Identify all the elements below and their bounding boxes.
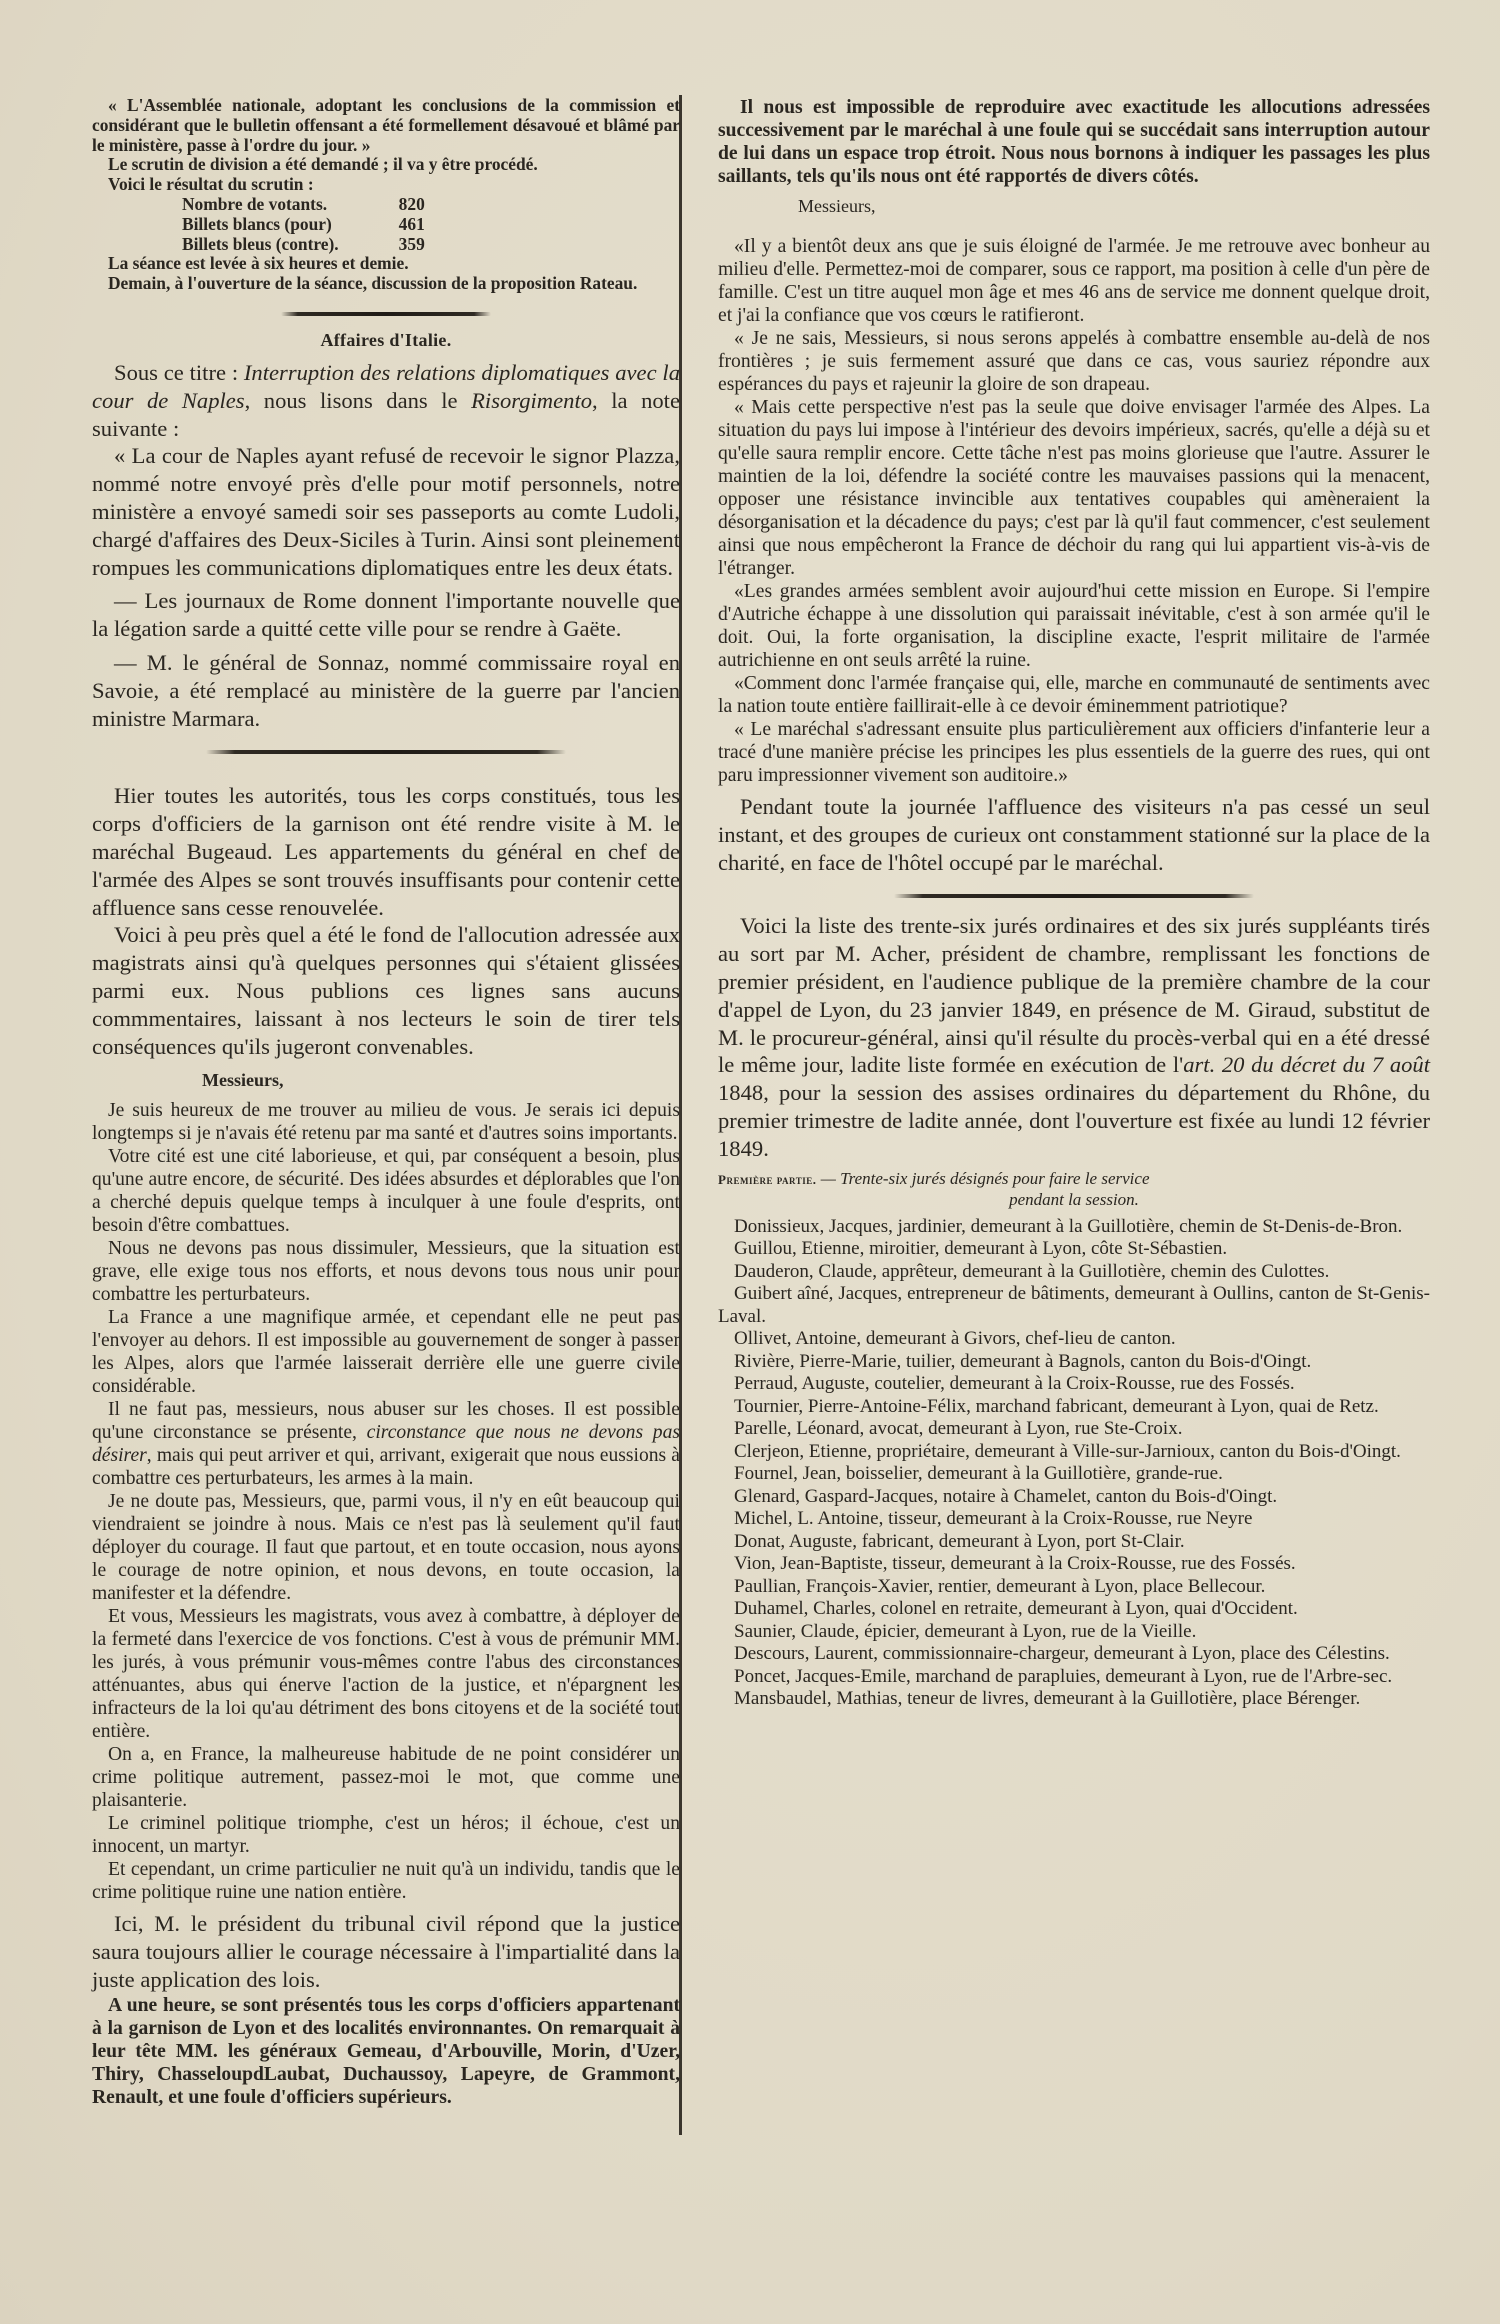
part-title-2: pendant la session. [718,1190,1430,1210]
army-speech-paragraph: « Je ne sais, Messieurs, si nous serons … [718,327,1430,396]
juror-entry: Mansbaudel, Mathias, teneur de livres, d… [718,1688,1430,1711]
jury-section: Voici la liste des trente-six jurés ordi… [718,912,1430,1710]
juror-entry: Guibert aîné, Jacques, entrepreneur de b… [718,1283,1430,1328]
juror-entry: Rivière, Pierre-Marie, tuilier, demeuran… [718,1351,1430,1374]
juror-entry: Fournel, Jean, boisselier, demeurant à l… [718,1463,1430,1486]
salutation: Messieurs, [798,196,1430,217]
jury-intro-post: 1848, pour la session des assises ordina… [718,1080,1430,1161]
juror-entry: Guillou, Etienne, miroitier, demeurant à… [718,1238,1430,1261]
result-intro: Voici le résultat du scrutin : [92,175,680,195]
intro-paper: Risorgimento [471,388,592,413]
section-rule [206,750,566,754]
speech-paragraph: On a, en France, la malheureuse habitude… [92,1743,680,1812]
vote-row: Billets blancs (pour) 461 [182,215,425,235]
left-column: « L'Assemblée nationale, adoptant les co… [92,96,680,2109]
naples-note: « La cour de Naples ayant refusé de rece… [92,442,680,581]
vote-row: Nombre de votants. 820 [182,195,425,215]
assembly-resolution: « L'Assemblée nationale, adoptant les co… [92,96,680,155]
president-reply: Ici, M. le président du tribunal civil r… [92,1910,680,1993]
sonnaz-note: — M. le général de Sonnaz, nommé commiss… [92,649,680,732]
juror-entry: Duhamel, Charles, colonel en retraite, d… [718,1598,1430,1621]
speech-paragraph: Le criminel politique triomphe, c'est un… [92,1812,680,1858]
part-heading: Première partie. — Trente-six jurés dési… [718,1169,1430,1210]
part-title: — Trente-six jurés désignés pour faire l… [821,1169,1150,1188]
juror-entry: Parelle, Léonard, avocat, demeurant à Ly… [718,1418,1430,1441]
juror-entry: Donissieux, Jacques, jardinier, demeuran… [718,1216,1430,1239]
italy-section: Affaires d'Italie. Sous ce titre : Inter… [92,330,680,732]
army-speech-paragraph: « Mais cette perspective n'est pas la se… [718,396,1430,580]
juror-entry: Tournier, Pierre-Antoine-Félix, marchand… [718,1396,1430,1419]
vote-label: Nombre de votants. [182,195,339,215]
adjourn-note: La séance est levée à six heures et demi… [92,254,680,274]
juror-entry: Dauderon, Claude, apprêteur, demeurant à… [718,1261,1430,1284]
italy-heading: Affaires d'Italie. [92,330,680,351]
juror-entry: Vion, Jean-Baptiste, tisseur, demeurant … [718,1553,1430,1576]
speech-paragraph: Et cependant, un crime particulier ne nu… [92,1858,680,1904]
vote-value: 461 [339,215,425,235]
newspaper-page: « L'Assemblée nationale, adoptant les co… [0,0,1500,2324]
vote-value: 359 [339,235,425,255]
speech-paragraph: Nous ne devons pas nous dissimuler, Mess… [92,1237,680,1306]
speech-paragraph: La France a une magnifique armée, et cep… [92,1306,680,1398]
vote-row: Billets bleus (contre). 359 [182,235,425,255]
army-speech-paragraph: «Les grandes armées semblent avoir aujou… [718,580,1430,672]
juror-entry: Ollivet, Antoine, demeurant à Givors, ch… [718,1328,1430,1351]
bugeaud-visit: Hier toutes les autorités, tous les corp… [92,782,680,921]
juror-entry: Paullian, François-Xavier, rentier, deme… [718,1576,1430,1599]
juror-entry: Clerjeon, Etienne, propriétaire, demeura… [718,1441,1430,1464]
juror-entry: Glenard, Gaspard-Jacques, notaire à Cham… [718,1486,1430,1509]
speech-paragraph: Je ne doute pas, Messieurs, que, parmi v… [92,1490,680,1605]
intro-mid: , nous lisons dans le [245,388,472,413]
army-speech-paragraph: «Comment donc l'armée française qui, ell… [718,672,1430,718]
bugeaud-section: Hier toutes les autorités, tous les corp… [92,782,680,2108]
bugeaud-intro: Voici à peu près quel a été le fond de l… [92,921,680,1060]
speech-paragraph: Il ne faut pas, messieurs, nous abuser s… [92,1398,680,1490]
rome-note: — Les journaux de Rome donnent l'importa… [92,587,680,643]
salutation: Messieurs, [202,1070,680,1091]
italy-intro: Sous ce titre : Interruption des relatio… [92,359,680,442]
juror-entry: Descours, Laurent, commissionnaire-charg… [718,1643,1430,1666]
army-speech-paragraph: « Le maréchal s'adressant ensuite plus p… [718,718,1430,787]
officers-paragraph: A une heure, se sont présentés tous les … [92,1994,680,2109]
juror-entry: Saunier, Claude, épicier, demeurant à Ly… [718,1621,1430,1644]
vote-label: Billets bleus (contre). [182,235,339,255]
intro-prefix: Sous ce titre : [114,360,244,385]
visitors-paragraph: Pendant toute la journée l'affluence des… [718,793,1430,876]
assembly-section: « L'Assemblée nationale, adoptant les co… [92,96,680,294]
army-speech-paragraph: «Il y a bientôt deux ans que je suis élo… [718,235,1430,327]
jury-intro-em: art. 20 du décret du 7 août [1183,1052,1430,1077]
jury-intro: Voici la liste des trente-six jurés ordi… [718,912,1430,1162]
speech-paragraph: Et vous, Messieurs les magistrats, vous … [92,1605,680,1743]
vote-results-table: Nombre de votants. 820 Billets blancs (p… [182,195,425,254]
section-rule [894,894,1254,898]
right-column: Il nous est impossible de reproduire ave… [718,96,1430,1711]
part-label: Première partie. [718,1172,816,1187]
scrutin-demand: Le scrutin de division a été demandé ; i… [92,155,680,175]
juror-entry: Poncet, Jacques-Emile, marchand de parap… [718,1666,1430,1689]
vote-label: Billets blancs (pour) [182,215,339,235]
juror-entry: Michel, L. Antoine, tisseur, demeurant à… [718,1508,1430,1531]
juror-list: Donissieux, Jacques, jardinier, demeuran… [718,1216,1430,1711]
juror-entry: Perraud, Auguste, coutelier, demeurant à… [718,1373,1430,1396]
allocutions-intro: Il nous est impossible de reproduire ave… [718,96,1430,188]
speech-paragraph: Votre cité est une cité laborieuse, et q… [92,1145,680,1237]
juror-entry: Donat, Auguste, fabricant, demeurant à L… [718,1531,1430,1554]
speech-paragraph: Je suis heureux de me trouver au milieu … [92,1099,680,1145]
vote-value: 820 [339,195,425,215]
section-rule [281,312,491,316]
tomorrow-note: Demain, à l'ouverture de la séance, disc… [92,274,680,294]
circ-post: , mais qui peut arriver et qui, arrivant… [92,1445,680,1489]
